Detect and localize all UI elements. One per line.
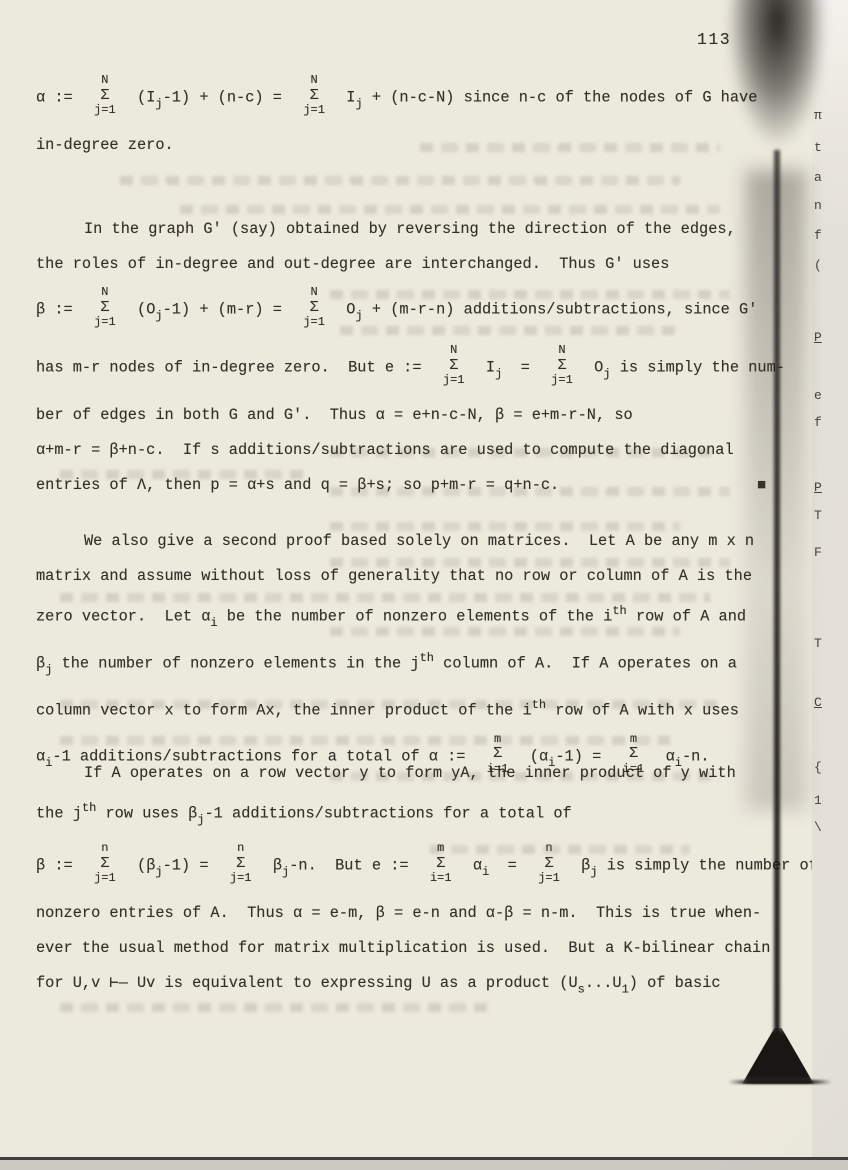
sum-upper-limit: N — [101, 286, 108, 299]
text-line: matrix and assume without loss of genera… — [36, 559, 780, 594]
sigma-glyph: Σ — [310, 299, 319, 317]
text-segment: β — [254, 857, 282, 875]
text-line: α+m-r = β+n-c. If s additions/subtractio… — [36, 433, 780, 468]
edge-fragment-char: P — [814, 480, 822, 495]
summation-symbol: NΣj=1 — [94, 286, 116, 329]
text-line: In the graph G' (say) obtained by revers… — [36, 212, 780, 247]
text-segment: + (n-c-N) since n-c of the nodes of G ha… — [363, 89, 758, 107]
text-segment: zero vector. Let α — [36, 608, 210, 626]
sum-upper-limit: m — [630, 733, 637, 746]
summation-symbol: NΣj=1 — [303, 286, 325, 329]
text-segment: j — [155, 97, 162, 111]
text-segment: -n. But e := — [289, 857, 427, 875]
text-segment: α — [455, 857, 483, 875]
text-line: nonzero entries of A. Thus α = e-m, β = … — [36, 896, 780, 931]
text-segment: ber of edges in both G and G'. Thus α = … — [36, 406, 633, 424]
text-segment: th — [612, 604, 626, 618]
text-segment: nonzero entries of A. Thus α = e-m, β = … — [36, 904, 761, 922]
text-segment: = — [502, 358, 548, 376]
text-segment: has m-r nodes of in-degree zero. But e :… — [36, 358, 440, 376]
binding-shadow-baseline — [728, 1080, 832, 1084]
text-segment: the roles of in-degree and out-degree ar… — [36, 255, 669, 273]
text-segment: column of A. If A operates on a — [434, 655, 737, 673]
text-segment: entries of Λ, then p = α+s and q = β+s; … — [36, 476, 559, 494]
text-segment: -1 additions/subtractions for a total of — [205, 805, 572, 823]
sigma-glyph: Σ — [436, 855, 445, 873]
sum-lower-limit: j=1 — [94, 316, 116, 329]
edge-fragment-char: f — [814, 415, 822, 430]
text-segment: j — [355, 309, 362, 323]
sum-lower-limit: j=1 — [551, 374, 573, 387]
text-segment: j — [603, 367, 610, 381]
text-segment: ever the usual method for matrix multipl… — [36, 939, 770, 957]
edge-fragment-char: T — [814, 636, 822, 651]
sum-upper-limit: N — [311, 286, 318, 299]
summation-symbol: nΣj=1 — [94, 842, 116, 885]
edge-fragment-char: \ — [814, 820, 822, 835]
text-segment: We also give a second proof based solely… — [84, 532, 754, 550]
edge-fragment-char: C — [814, 695, 822, 710]
text-segment: O — [328, 301, 356, 319]
text-segment: j — [590, 865, 597, 879]
text-segment: th — [82, 801, 96, 815]
text-segment: (I — [119, 89, 156, 107]
text-segment: α+m-r = β+n-c. If s additions/subtractio… — [36, 441, 734, 459]
text-segment: for U,v ⊢— Uv is equivalent to expressin… — [36, 974, 578, 992]
text-segment: j — [155, 309, 162, 323]
text-line: the jth row uses βj-1 additions/subtract… — [36, 791, 780, 838]
text-segment: β := — [36, 857, 91, 875]
text-segment: the j — [36, 805, 82, 823]
sigma-glyph: Σ — [100, 87, 109, 105]
text-line: for U,v ⊢— Uv is equivalent to expressin… — [36, 966, 780, 1007]
sum-lower-limit: j=1 — [303, 316, 325, 329]
text-segment: th — [420, 651, 434, 665]
scanned-page: 113 α := NΣj=1 (Ij-1) + (n-c) = NΣj=1 Ij… — [0, 0, 848, 1170]
text-segment: is simply the number of — [598, 857, 818, 875]
text-line: has m-r nodes of in-degree zero. But e :… — [36, 340, 780, 398]
paragraph-row-vector: If A operates on a row vector y to form … — [36, 756, 780, 1007]
sum-upper-limit: N — [101, 74, 108, 87]
summation-symbol: nΣj=1 — [538, 842, 560, 885]
text-line: zero vector. Let αi be the number of non… — [36, 594, 780, 641]
binding-shadow-line — [774, 150, 780, 1055]
text-line: β := NΣj=1 (Oj-1) + (m-r) = NΣj=1 Oj + (… — [36, 282, 780, 340]
sum-upper-limit: n — [545, 842, 552, 855]
text-segment: matrix and assume without loss of genera… — [36, 567, 752, 585]
text-line: β := nΣj=1 (βj-1) = nΣj=1 βj-n. But e :=… — [36, 838, 780, 896]
summation-symbol: NΣj=1 — [94, 74, 116, 117]
text-segment: ) of basic — [629, 974, 721, 992]
text-segment: row uses β — [96, 805, 197, 823]
text-line: in-degree zero. — [36, 128, 780, 163]
sum-upper-limit: m — [494, 733, 501, 746]
text-segment: + (m-r-n) additions/subtractions, since … — [363, 301, 758, 319]
sum-upper-limit: N — [558, 344, 565, 357]
text-segment: If A operates on a row vector y to form … — [84, 764, 736, 782]
text-segment: be the number of nonzero elements of the… — [218, 608, 613, 626]
text-segment: β := — [36, 301, 91, 319]
summation-symbol: NΣj=1 — [551, 344, 573, 387]
sigma-glyph: Σ — [236, 855, 245, 873]
edge-fragment-char: { — [814, 760, 822, 775]
text-segment: β — [563, 857, 591, 875]
summation-symbol: NΣj=1 — [303, 74, 325, 117]
sum-lower-limit: j=1 — [538, 872, 560, 885]
text-segment: j — [355, 97, 362, 111]
text-segment: 1 — [622, 982, 629, 996]
binding-shadow-flare — [742, 1028, 814, 1084]
text-line: ever the usual method for matrix multipl… — [36, 931, 780, 966]
sum-upper-limit: n — [237, 842, 244, 855]
text-segment: row of A with x uses — [546, 702, 739, 720]
paragraph-matrix-proof: We also give a second proof based solely… — [36, 524, 780, 786]
text-segment: column vector x to form Ax, the inner pr… — [36, 702, 532, 720]
text-line: the roles of in-degree and out-degree ar… — [36, 247, 780, 282]
sum-upper-limit: N — [311, 74, 318, 87]
sum-upper-limit: n — [101, 842, 108, 855]
text-segment: O — [576, 358, 604, 376]
text-segment: ...U — [585, 974, 622, 992]
edge-fragment-char: e — [814, 388, 822, 403]
edge-fragment-char: F — [814, 545, 822, 560]
sigma-glyph: Σ — [100, 855, 109, 873]
text-segment: row of A and — [627, 608, 746, 626]
summation-symbol: NΣj=1 — [443, 344, 465, 387]
text-line: α := NΣj=1 (Ij-1) + (n-c) = NΣj=1 Ij + (… — [36, 70, 780, 128]
text-line: entries of Λ, then p = α+s and q = β+s; … — [36, 468, 780, 503]
summation-symbol: nΣj=1 — [230, 842, 252, 885]
text-line: ber of edges in both G and G'. Thus α = … — [36, 398, 780, 433]
text-line: We also give a second proof based solely… — [36, 524, 780, 559]
paragraph-graph-reversal: In the graph G' (say) obtained by revers… — [36, 212, 780, 503]
bleed-through-line — [120, 176, 680, 185]
text-segment: the number of nonzero elements in the j — [52, 655, 419, 673]
text-line: βj the number of nonzero elements in the… — [36, 641, 780, 688]
sigma-glyph: Σ — [310, 87, 319, 105]
sigma-glyph: Σ — [545, 855, 554, 873]
sum-lower-limit: j=1 — [94, 104, 116, 117]
text-segment: α := — [36, 89, 91, 107]
summation-symbol: mΣi=1 — [430, 842, 452, 885]
sigma-glyph: Σ — [557, 357, 566, 375]
sum-upper-limit: m — [437, 842, 444, 855]
text-segment: (O — [119, 301, 156, 319]
text-segment: I — [328, 89, 356, 107]
sum-upper-limit: N — [450, 344, 457, 357]
paragraph-alpha-equation: α := NΣj=1 (Ij-1) + (n-c) = NΣj=1 Ij + (… — [36, 70, 780, 163]
edge-fragment-char: T — [814, 508, 822, 523]
scan-bottom-margin — [0, 1160, 848, 1170]
sum-lower-limit: j=1 — [443, 374, 465, 387]
text-line: column vector x to form Ax, the inner pr… — [36, 688, 780, 729]
text-segment: -1) = — [163, 857, 227, 875]
edge-fragment-char: 1 — [814, 793, 822, 808]
sigma-glyph: Σ — [100, 299, 109, 317]
sum-lower-limit: i=1 — [430, 872, 452, 885]
text-segment: (β — [119, 857, 156, 875]
sigma-glyph: Σ — [449, 357, 458, 375]
text-segment: I — [468, 358, 496, 376]
sum-lower-limit: j=1 — [303, 104, 325, 117]
sum-lower-limit: j=1 — [230, 872, 252, 885]
text-segment: th — [532, 698, 546, 712]
text-segment: s — [578, 982, 585, 996]
text-segment: -1) + (m-r) = — [163, 301, 301, 319]
text-segment: = — [489, 857, 535, 875]
text-line: If A operates on a row vector y to form … — [36, 756, 780, 791]
text-segment: -1) + (n-c) = — [163, 89, 301, 107]
text-segment: In the graph G' (say) obtained by revers… — [84, 220, 736, 238]
text-segment: β — [36, 655, 45, 673]
text-segment: in-degree zero. — [36, 136, 174, 154]
text-segment: j — [197, 813, 204, 827]
text-segment: j — [155, 865, 162, 879]
text-segment: i — [210, 616, 217, 630]
sum-lower-limit: j=1 — [94, 872, 116, 885]
